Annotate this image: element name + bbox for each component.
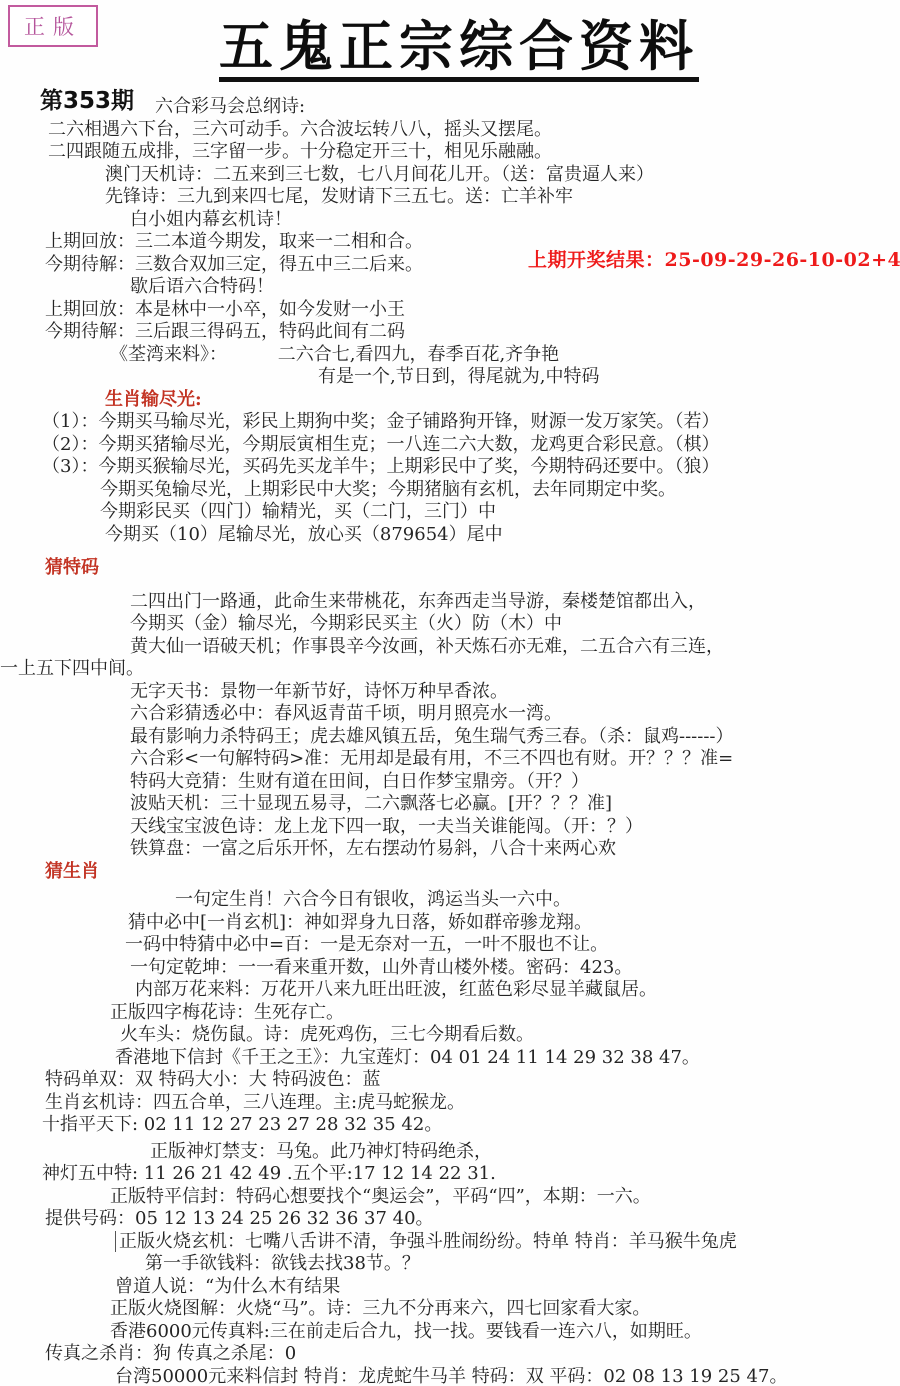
text-line-22: 二四出门一路通，此命生来带桃花，东奔西走当导游，秦楼楚馆都出入， xyxy=(0,591,900,614)
text-line-content: 一上五下四中间。 xyxy=(0,658,144,679)
text-line-content: 六合彩猜透必中：春风返青苗千顷，明月照亮水一湾。 xyxy=(130,703,562,724)
text-line-30: 特码大竞猜：生财有道在田间，白日作梦宝鼎旁。（开？） xyxy=(0,771,900,794)
text-line-content: （3）：今期买猴输尽光，买码先买龙羊牛；上期彩民中了奖，今期特码还要中。（狼） xyxy=(42,456,719,477)
text-line-content: 波贴天机：三十显现五易寻，二六飘落七必赢。[开？？？准] xyxy=(130,793,612,814)
text-line-content: 有是一个,节日到，得尾就为,中特码 xyxy=(318,366,599,387)
text-line-content: 第一手欲钱料：欲钱去找38节。？ xyxy=(145,1253,420,1274)
text-line-36: 猜中必中[一肖玄机]：神如羿身九日落，娇如群帝骖龙翔。 xyxy=(0,912,900,935)
text-line-content: 特码单双：双 特码大小：大 特码波色：蓝 xyxy=(45,1069,380,1090)
text-line-9: 歇后语六合特码！ xyxy=(0,276,900,299)
text-line-content: 今期买（金）输尽光，今期彩民买主（火）防（木）中 xyxy=(130,613,562,634)
text-line-content: 提供号码：05 12 13 24 25 26 32 36 37 40。 xyxy=(45,1208,434,1229)
text-line-14: 生肖输尽光: xyxy=(0,389,900,412)
text-line-54: 香港6000元传真料:三在前走后合九，找一找。要钱看一连六八，如期旺。 xyxy=(0,1321,900,1344)
text-line-content: 曾道人说：“为什么木有结果 xyxy=(115,1276,340,1297)
text-line-10: 上期回放：本是林中一小卒，如今发财一小王 xyxy=(0,299,900,322)
text-line-56: 台湾50000元来料信封 特肖：龙虎蛇牛马羊 特码：双 平码：02 08 13 … xyxy=(0,1366,900,1386)
text-line-31: 波贴天机：三十显现五易寻，二六飘落七必赢。[开？？？准] xyxy=(0,793,900,816)
text-line-content: 今期待解：三数合双加三定，得五中三二后来。 xyxy=(45,254,423,275)
text-line-content: 台湾50000元来料信封 特肖：龙虎蛇牛马羊 特码：双 平码：02 08 13 … xyxy=(115,1366,787,1386)
text-line-content: 十指平天下: 02 11 12 27 23 27 28 32 35 42。 xyxy=(42,1114,442,1135)
text-line-content: （1）：今期买马输尽光，彩民上期狗中奖；金子铺路狗开锋，财源一发万家笑。（若） xyxy=(42,411,719,432)
text-line-content: 正版四字梅花诗：生死存亡。 xyxy=(110,1002,344,1023)
text-line-content: 无字天书：景物一年新节好，诗怀万种早香浓。 xyxy=(130,681,508,702)
text-line-2: 二六相遇六下台，三六可动手。六合波坛转八八，摇头又摆尾。 xyxy=(0,119,900,142)
text-line-48: 正版特平信封：特码心想要找个“奥运会”，平码“四”，本期：一六。 xyxy=(0,1186,900,1209)
text-line-content: 白小姐内幕玄机诗！ xyxy=(130,209,292,230)
text-line-17: （3）：今期买猴输尽光，买码先买龙羊牛；上期彩民中了奖，今期特码还要中。（狼） xyxy=(0,456,900,479)
text-line-16: （2）：今期买猪输尽光，今期辰寅相生克；一八连二六大数，龙鸡更合彩民意。（棋） xyxy=(0,434,900,457)
text-line-1: 六合彩马会总纲诗: xyxy=(0,96,900,119)
text-line-content: 香港地下信封《千王之王》：九宝莲灯：04 01 24 11 14 29 32 3… xyxy=(115,1047,700,1068)
text-line-content: 二四跟随五成排，三字留一步。十分稳定开三十，相见乐融融。 xyxy=(48,141,552,162)
text-line-35: 一句定生肖！六合今日有银收，鸿运当头一六中。 xyxy=(0,889,900,912)
text-line-content: 今期彩民买（四门）输精光，买（二门，三门）中 xyxy=(100,501,496,522)
text-line-content: 一句定乾坤：一一看来重开数，山外青山楼外楼。密码：423。 xyxy=(130,957,632,978)
text-line-content: 生肖玄机诗：四五合单，三八连理。主:虎马蛇猴龙。 xyxy=(45,1092,465,1113)
text-line-content: 今期买兔输尽光，上期彩民中大奖；今期猪脑有玄机，去年同期定中奖。 xyxy=(100,479,676,500)
text-line-55: 传真之杀肖：狗 传真之杀尾：0 xyxy=(0,1343,900,1366)
text-line-content: 铁算盘：一富之后乐开怀，左右摆动竹易斜，八合十来两心欢 xyxy=(130,838,616,859)
text-line-44: 生肖玄机诗：四五合单，三八连理。主:虎马蛇猴龙。 xyxy=(0,1092,900,1115)
text-line-37: 一码中特猜中必中=百：一是无奈对一五，一叶不服也不让。 xyxy=(0,934,900,957)
text-line-content: 歇后语六合特码！ xyxy=(130,276,274,297)
text-line-content: 传真之杀肖：狗 传真之杀尾：0 xyxy=(45,1343,296,1364)
text-line-content: 香港6000元传真料:三在前走后合九，找一找。要钱看一连六八，如期旺。 xyxy=(110,1321,702,1342)
text-line-42: 香港地下信封《千王之王》：九宝莲灯：04 01 24 11 14 29 32 3… xyxy=(0,1047,900,1070)
text-line-41: 火车头：烧伤鼠。诗：虎死鸡伤，三七今期看后数。 xyxy=(0,1024,900,1047)
text-line-content: 最有影响力杀特码王；虎去雄风镇五岳，兔生瑞气秀三春。（杀：鼠鸡------） xyxy=(130,726,734,747)
text-line-content: 上期回放：三二本道今期发，取来一二相和合。 xyxy=(45,231,423,252)
text-line-18: 今期买兔输尽光，上期彩民中大奖；今期猪脑有玄机，去年同期定中奖。 xyxy=(0,479,900,502)
text-line-29: 六合彩<一句解特码>准：无用却是最有用，不三不四也有财。开？？？准= xyxy=(0,748,900,771)
text-line-51: 第一手欲钱料：欲钱去找38节。？ xyxy=(0,1253,900,1276)
page-title: 五鬼正宗综合资料 xyxy=(219,18,699,82)
text-line-content: 正版火烧玄机：七嘴八舌讲不清，争强斗胜闹纷纷。特单 特肖：羊马猴牛兔虎 xyxy=(115,1231,737,1252)
text-line-39: 内部万花来料：万花开八来九旺出旺波，红蓝色彩尽显羊藏鼠居。 xyxy=(0,979,900,1002)
text-line-content: 一码中特猜中必中=百：一是无奈对一五，一叶不服也不让。 xyxy=(125,934,608,955)
text-body: 六合彩马会总纲诗:二六相遇六下台，三六可动手。六合波坛转八八，摇头又摆尾。二四跟… xyxy=(0,96,900,1386)
text-line-content: 一句定生肖！六合今日有银收，鸿运当头一六中。 xyxy=(175,889,571,910)
text-line-8: 今期待解：三数合双加三定，得五中三二后来。 xyxy=(0,254,900,277)
text-line-content: 内部万花来料：万花开八来九旺出旺波，红蓝色彩尽显羊藏鼠居。 xyxy=(135,979,657,1000)
text-line-49: 提供号码：05 12 13 24 25 26 32 36 37 40。 xyxy=(0,1208,900,1231)
text-line-content: 猜生肖 xyxy=(45,861,99,882)
text-line-content: 二六相遇六下台，三六可动手。六合波坛转八八，摇头又摆尾。 xyxy=(48,119,552,140)
text-line-content: 六合彩马会总纲诗: xyxy=(155,96,305,117)
text-line-content: 生肖输尽光: xyxy=(105,389,202,410)
text-line-43: 特码单双：双 特码大小：大 特码波色：蓝 xyxy=(0,1069,900,1092)
text-line-content: 二四出门一路通，此命生来带桃花，东奔西走当导游，秦楼楚馆都出入， xyxy=(130,591,706,612)
text-line-content: 神灯五中特: 11 26 21 42 49 .五个平:17 12 14 22 3… xyxy=(42,1163,496,1184)
text-line-content: 六合彩<一句解特码>准：无用却是最有用，不三不四也有财。开？？？准= xyxy=(130,748,733,769)
text-line-content: 特码大竞猜：生财有道在田间，白日作梦宝鼎旁。（开？） xyxy=(130,771,589,792)
text-line-45: 十指平天下: 02 11 12 27 23 27 28 32 35 42。 xyxy=(0,1114,900,1137)
text-line-content: 澳门天机诗：二五来到三七数，七八月间花儿开。（送：富贵逼人来） xyxy=(105,164,654,185)
text-line-53: 正版火烧图解：火烧“马”。诗：三九不分再来六，四七回家看大家。 xyxy=(0,1298,900,1321)
text-line-46: 正版神灯禁支：马兔。此乃神灯特码绝杀， xyxy=(0,1141,900,1164)
text-line-content: 正版特平信封：特码心想要找个“奥运会”，平码“四”，本期：一六。 xyxy=(110,1186,651,1207)
text-line-20: 今期买（10）尾输尽光，放心买（879654）尾中 xyxy=(0,524,900,547)
text-line-28: 最有影响力杀特码王；虎去雄风镇五岳，兔生瑞气秀三春。（杀：鼠鸡------） xyxy=(0,726,900,749)
text-line-7: 上期回放：三二本道今期发，取来一二相和合。 xyxy=(0,231,900,254)
text-line-32: 天线宝宝波色诗：龙上龙下四一取，一夫当关谁能闯。（开：？） xyxy=(0,816,900,839)
text-line-content: 猜特码 xyxy=(45,557,99,578)
text-line-25: 一上五下四中间。 xyxy=(0,658,900,681)
text-line-content: 今期待解：三后跟三得码五，特码此间有二码 xyxy=(45,321,405,342)
text-line-content: 天线宝宝波色诗：龙上龙下四一取，一夫当关谁能闯。（开：？） xyxy=(130,816,643,837)
text-line-21: 猜特码 xyxy=(0,557,900,580)
text-line-23: 今期买（金）输尽光，今期彩民买主（火）防（木）中 xyxy=(0,613,900,636)
scan-page: 正版 五鬼正宗综合资料 第353期 上期开奖结果：25-09-29-26-10-… xyxy=(0,0,900,1386)
text-line-52: 曾道人说：“为什么木有结果 xyxy=(0,1276,900,1299)
text-line-content: 猜中必中[一肖玄机]：神如羿身九日落，娇如群帝骖龙翔。 xyxy=(128,912,592,933)
text-line-15: （1）：今期买马输尽光，彩民上期狗中奖；金子铺路狗开锋，财源一发万家笑。（若） xyxy=(0,411,900,434)
text-line-content: 正版火烧图解：火烧“马”。诗：三九不分再来六，四七回家看大家。 xyxy=(110,1298,650,1319)
text-line-content: 黄大仙一语破天机；作事畏辛今汝画，补天炼石亦无难，二五合六有三连， xyxy=(130,636,724,657)
text-line-38: 一句定乾坤：一一看来重开数，山外青山楼外楼。密码：423。 xyxy=(0,957,900,980)
text-line-33: 铁算盘：一富之后乐开怀，左右摆动竹易斜，八合十来两心欢 xyxy=(0,838,900,861)
text-line-4: 澳门天机诗：二五来到三七数，七八月间花儿开。（送：富贵逼人来） xyxy=(0,164,900,187)
text-line-12: 《荃湾来料》： 二六合七,看四九，春季百花,齐争艳 xyxy=(0,344,900,367)
text-line-27: 六合彩猜透必中：春风返青苗千顷，明月照亮水一湾。 xyxy=(0,703,900,726)
text-line-content: 火车头：烧伤鼠。诗：虎死鸡伤，三七今期看后数。 xyxy=(120,1024,534,1045)
text-line-content: 今期买（10）尾输尽光，放心买（879654）尾中 xyxy=(105,524,503,545)
text-line-content: 《荃湾来料》： 二六合七,看四九，春季百花,齐争艳 xyxy=(110,344,559,365)
text-line-19: 今期彩民买（四门）输精光，买（二门，三门）中 xyxy=(0,501,900,524)
text-line-26: 无字天书：景物一年新节好，诗怀万种早香浓。 xyxy=(0,681,900,704)
text-line-content: （2）：今期买猪输尽光，今期辰寅相生克；一八连二六大数，龙鸡更合彩民意。（棋） xyxy=(42,434,719,455)
text-line-24: 黄大仙一语破天机；作事畏辛今汝画，补天炼石亦无难，二五合六有三连， xyxy=(0,636,900,659)
text-line-40: 正版四字梅花诗：生死存亡。 xyxy=(0,1002,900,1025)
text-line-3: 二四跟随五成排，三字留一步。十分稳定开三十，相见乐融融。 xyxy=(0,141,900,164)
text-line-content: 正版神灯禁支：马兔。此乃神灯特码绝杀， xyxy=(150,1141,492,1162)
title-area: 五鬼正宗综合资料 xyxy=(0,18,900,82)
text-line-13: 有是一个,节日到，得尾就为,中特码 xyxy=(0,366,900,389)
text-line-34: 猜生肖 xyxy=(0,861,900,884)
text-line-content: 上期回放：本是林中一小卒，如今发财一小王 xyxy=(45,299,405,320)
text-line-5: 先锋诗：三九到来四七尾，发财请下三五七。送：亡羊补牢 xyxy=(0,186,900,209)
text-line-47: 神灯五中特: 11 26 21 42 49 .五个平:17 12 14 22 3… xyxy=(0,1163,900,1186)
text-line-6: 白小姐内幕玄机诗！ xyxy=(0,209,900,232)
text-line-50: 正版火烧玄机：七嘴八舌讲不清，争强斗胜闹纷纷。特单 特肖：羊马猴牛兔虎 xyxy=(0,1231,900,1254)
text-line-11: 今期待解：三后跟三得码五，特码此间有二码 xyxy=(0,321,900,344)
text-line-content: 先锋诗：三九到来四七尾，发财请下三五七。送：亡羊补牢 xyxy=(105,186,573,207)
